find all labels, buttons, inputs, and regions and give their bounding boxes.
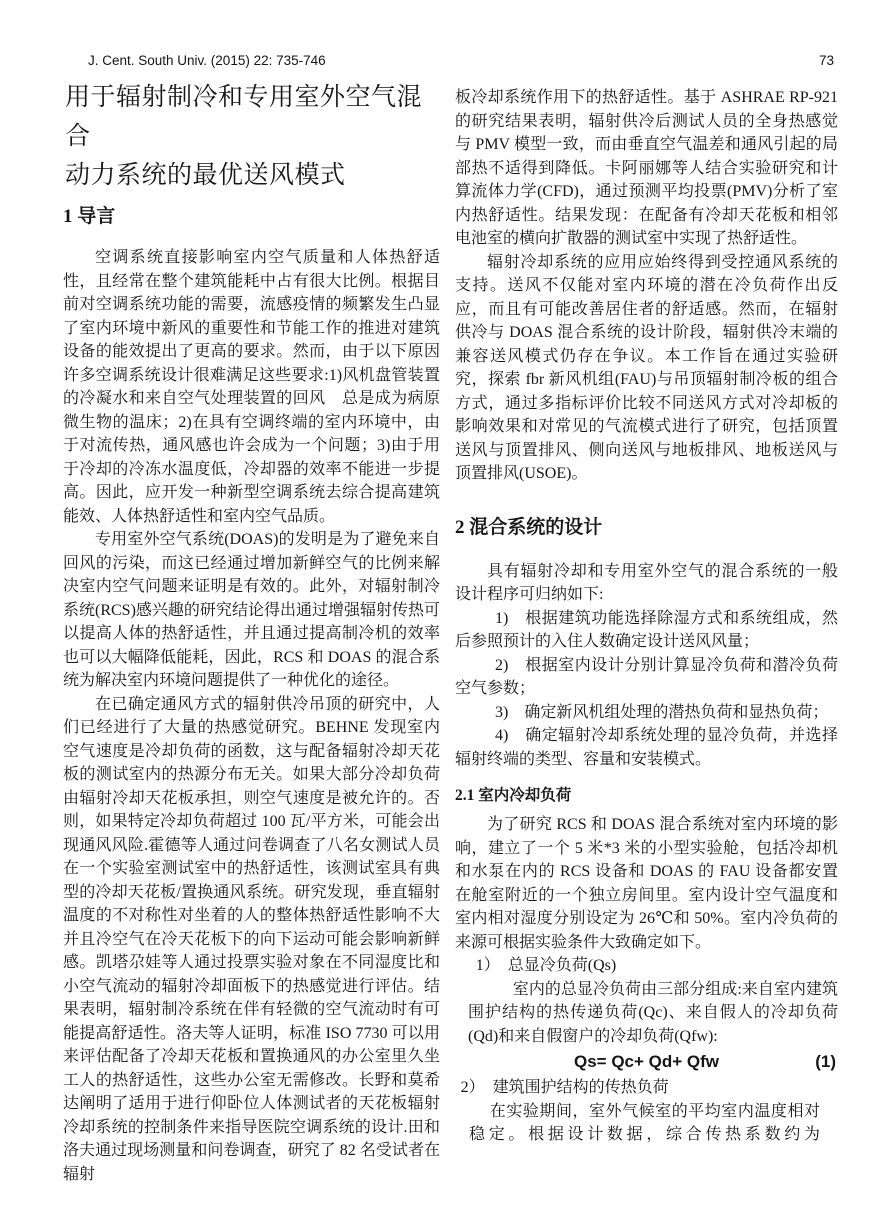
paragraph: 辐射冷却系统的应用应始终得到受控通风系统的支持。送风不仅能对室内环境的潜在冷负荷…	[455, 251, 838, 486]
paragraph: 专用室外空气系统(DOAS)的发明是为了避免来自回风的污染，而这已经通过增加新鲜…	[63, 528, 440, 693]
design-step-item: 3) 确定新风机组处理的潜热负荷和显热负荷；	[455, 701, 838, 725]
paper-title: 用于辐射制冷和专用室外空气混合 动力系统的最优送风模式	[65, 78, 440, 195]
paper-title-line2: 动力系统的最优送风模式	[65, 156, 440, 195]
list-item-envelope-heat-transfer-load: 2） 建筑围护结构的传热负荷	[455, 1076, 838, 1100]
equation-number: (1)	[815, 1049, 836, 1075]
design-step-item: 1) 根据建筑功能选择除湿方式和系统组成，然后参照预计的入住人数确定设计送风风量…	[455, 607, 838, 654]
paragraph-continuation: 板冷却系统作用下的热舒适性。基于 ASHRAE RP-921 的研究结果表明，辐…	[455, 86, 838, 251]
paragraph: 在实验期间，室外气候室的平均室内温度相对稳定。根据设计数据，综合传热系数约为	[455, 1100, 838, 1147]
paragraph: 为了研究 RCS 和 DOAS 混合系统对室内环境的影响，建立了一个 5 米*3…	[455, 813, 838, 954]
section-heading-hybrid-system-design: 2 混合系统的设计	[455, 514, 838, 542]
list-item-total-sensible-load: 1） 总显冷负荷(Qs)	[455, 954, 838, 978]
paper-title-line1: 用于辐射制冷和专用室外空气混合	[65, 78, 440, 156]
subsection-heading-indoor-cooling-load: 2.1 室内冷却负荷	[455, 785, 838, 807]
paragraph: 空调系统直接影响室内空气质量和人体热舒适性，且经常在整个建筑能耗中占有很大比例。…	[63, 246, 440, 528]
paragraph: 在已确定通风方式的辐射供冷吊顶的研究中，人们已经进行了大量的热感觉研究。BEHN…	[63, 693, 440, 1187]
equation-expression: Qs= Qc+ Qd+ Qfw	[574, 1052, 719, 1071]
section-heading-introduction: 1 导言	[63, 204, 440, 230]
equation-1: Qs= Qc+ Qd+ Qfw (1)	[455, 1049, 838, 1075]
page-number: 73	[455, 52, 838, 70]
right-column: 73 板冷却系统作用下的热舒适性。基于 ASHRAE RP-921 的研究结果表…	[455, 52, 838, 1147]
left-column: J. Cent. South Univ. (2015) 22: 735-746 …	[63, 52, 440, 1186]
paragraph: 室内的总显冷负荷由三部分组成:来自室内建筑围护结构的热传递负荷(Qc)、来自假人…	[455, 978, 838, 1049]
design-step-item: 4) 确定辐射冷却系统处理的显冷负荷，并选择辐射终端的类型、容量和安装模式。	[455, 724, 838, 771]
design-step-item: 2) 根据室内设计分别计算显冷负荷和潜冷负荷空气参数；	[455, 654, 838, 701]
paper-page: J. Cent. South Univ. (2015) 22: 735-746 …	[0, 0, 885, 1216]
paragraph: 具有辐射冷却和专用室外空气的混合系统的一般设计程序可归纳如下:	[455, 560, 838, 607]
journal-reference: J. Cent. South Univ. (2015) 22: 735-746	[63, 52, 440, 70]
